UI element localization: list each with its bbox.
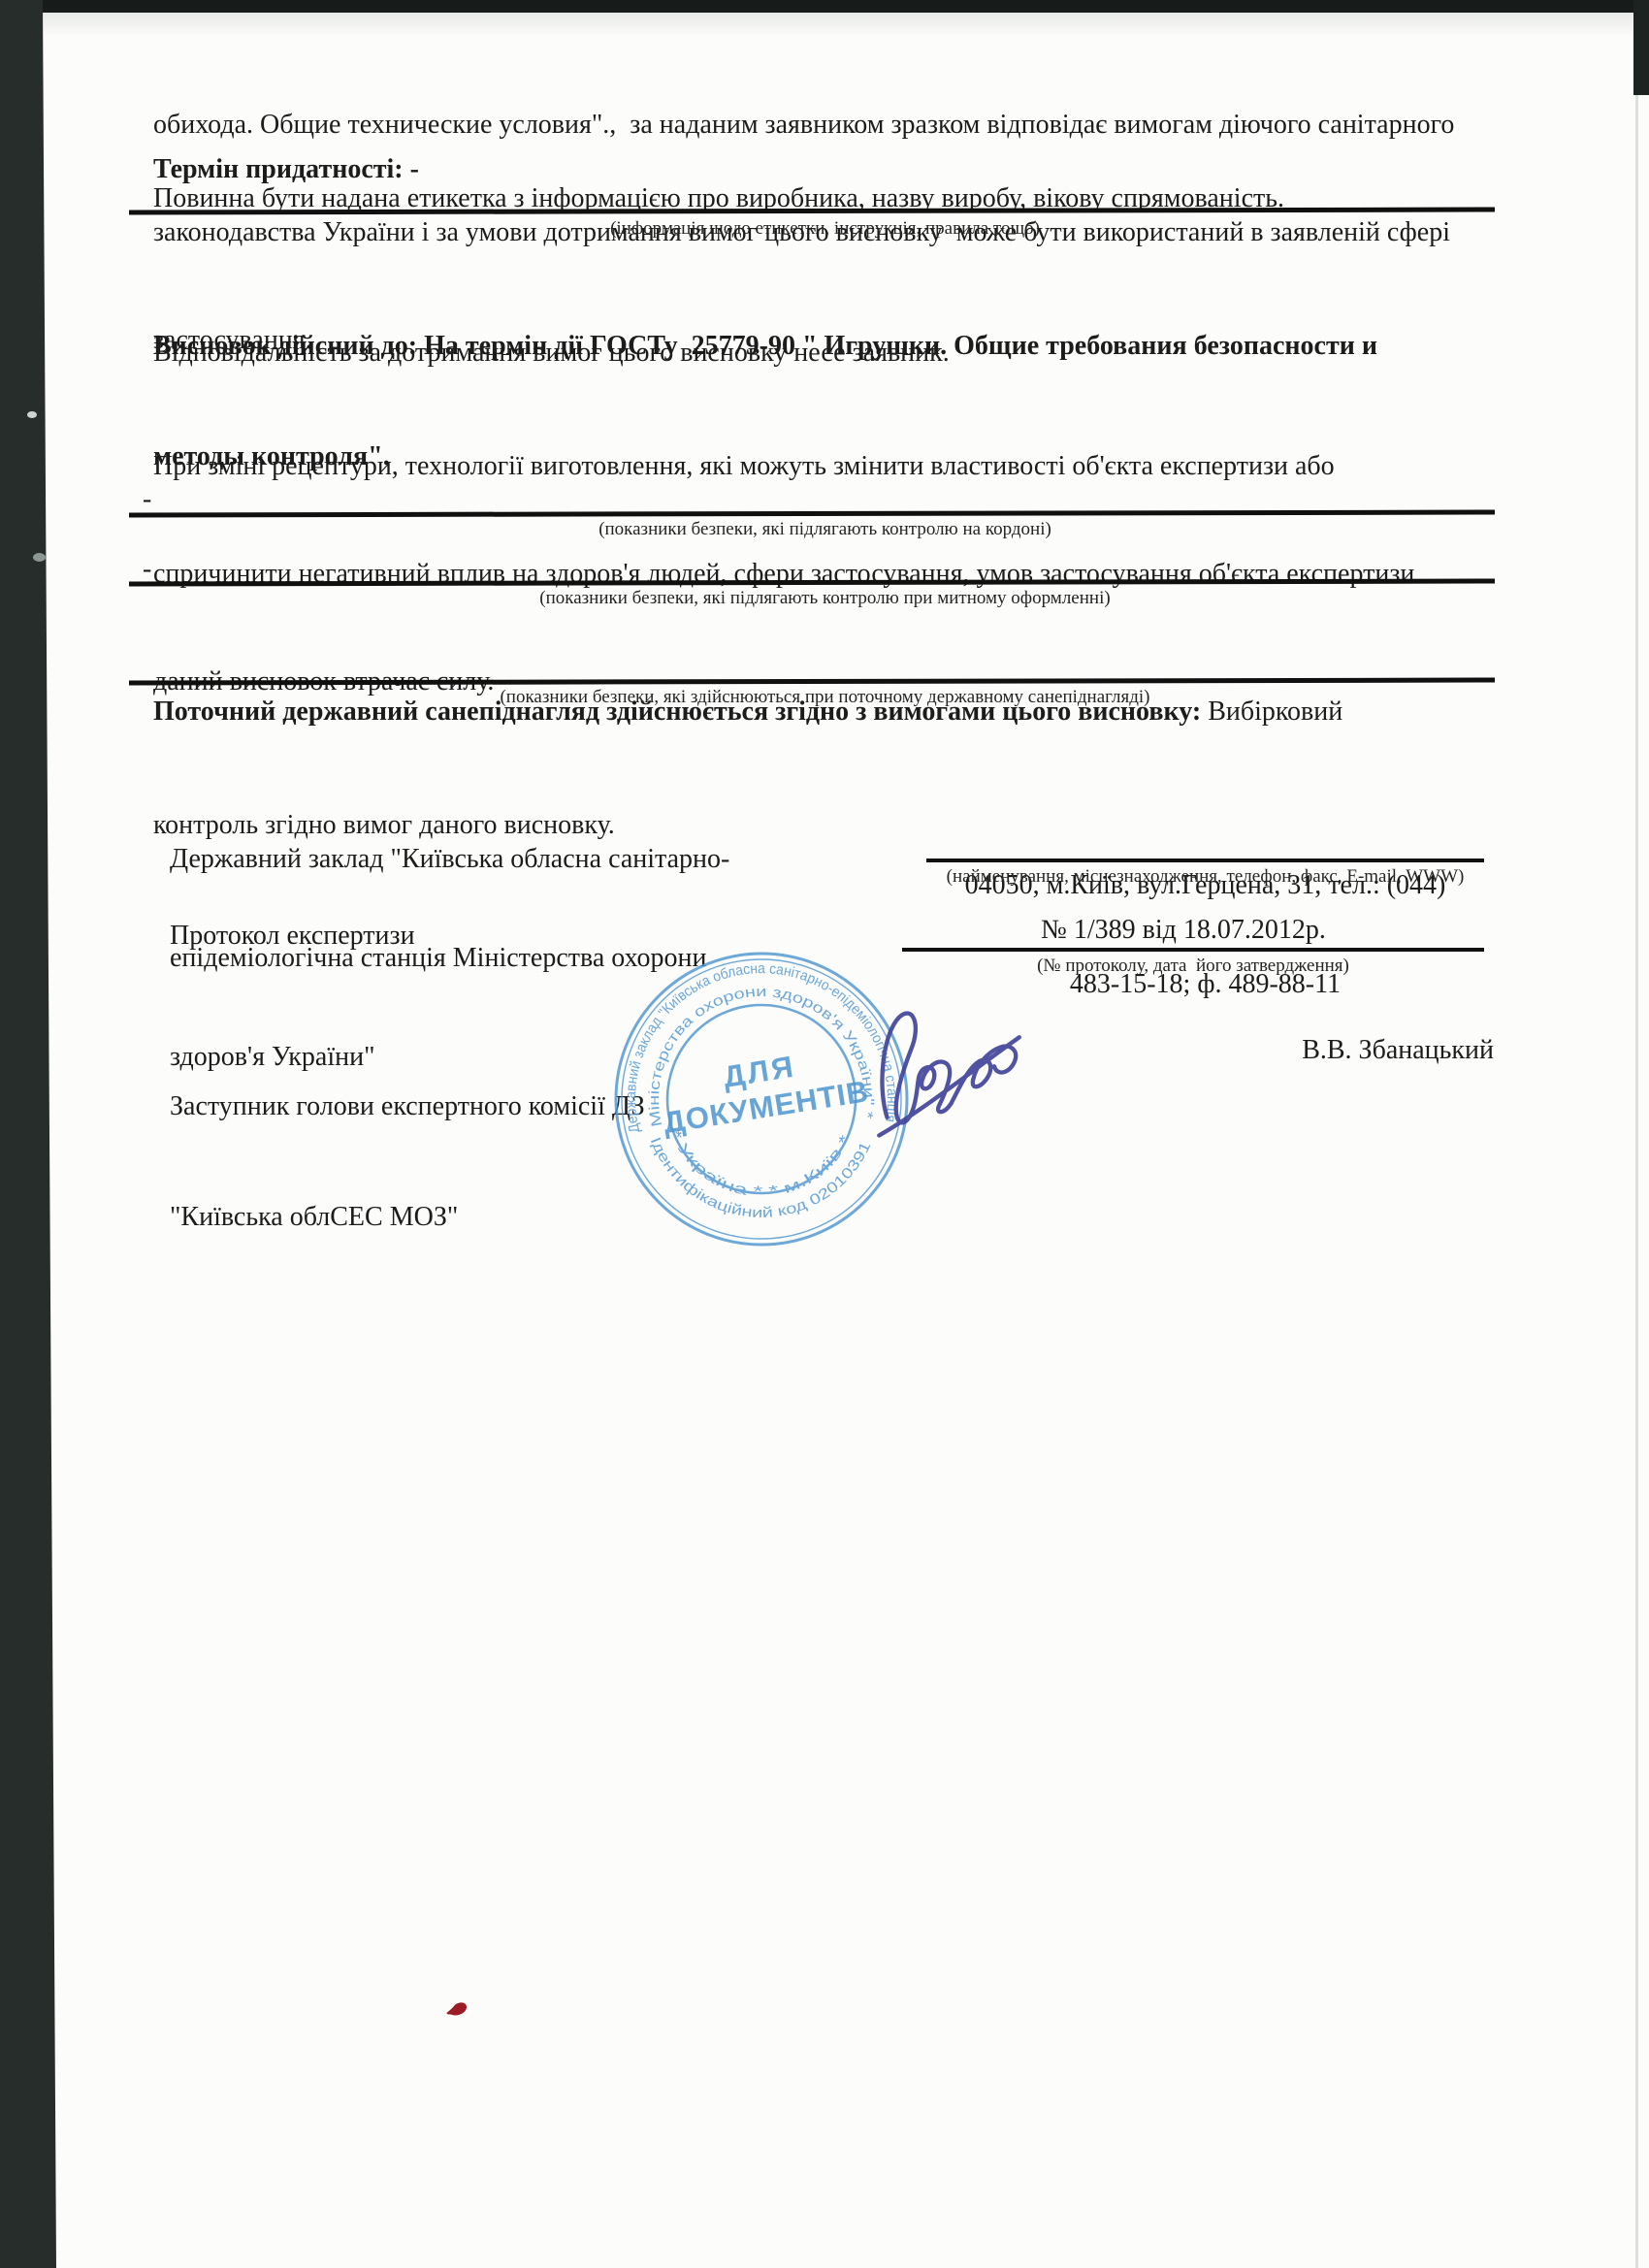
signatory-title-line-2: "Київська облСЕС МОЗ" <box>170 1199 645 1236</box>
red-ink-mark <box>444 1998 473 2020</box>
scan-border-top-right <box>1633 0 1649 95</box>
paper-top-shadow <box>43 13 1649 36</box>
signatory-title: Заступник голови експертного комісії ДЗ … <box>170 1015 645 1310</box>
intro-line-1: обихода. Общие технические условия"., за… <box>153 107 1454 143</box>
paper-edge-right <box>1635 95 1638 2268</box>
labeling-caption: (інформація щодо етикетки, інструкція, п… <box>155 217 1495 240</box>
field-rule-address <box>926 859 1484 862</box>
scan-speck <box>33 553 46 562</box>
address-caption: (найменування, місцезнаходження, телефон… <box>926 865 1484 888</box>
scan-speck <box>27 411 37 418</box>
scan-border-left <box>0 0 58 2268</box>
responsibility-text: Відповідальність за дотримання вимог цьо… <box>153 335 950 371</box>
scanned-document-page: обихода. Общие технические условия"., за… <box>0 0 1649 2268</box>
customs-control-caption: (показники безпеки, які підлягають контр… <box>155 587 1495 609</box>
surveillance-caption: (показники безпеки, які здійснюються при… <box>155 686 1495 708</box>
handwritten-signature <box>871 999 1026 1150</box>
institution-line-1: Державний заклад "Київська обласна саніт… <box>170 843 729 876</box>
protocol-label: Протокол експертизи <box>170 918 415 954</box>
border-control-caption: (показники безпеки, які підлягають контр… <box>155 518 1495 540</box>
field-rule-protocol <box>902 948 1484 952</box>
signatory-name: В.В. Збанацький <box>1203 1032 1494 1068</box>
protocol-caption: (№ протоколу, дата його затвердження) <box>902 955 1484 977</box>
protocol-number: № 1/389 від 18.07.2012р. <box>902 912 1465 948</box>
recipe-line-1: При зміні рецептури, технології виготовл… <box>153 448 1414 484</box>
scan-border-top <box>0 0 1649 13</box>
signatory-title-line-1: Заступник голови експертного комісії ДЗ <box>170 1088 645 1125</box>
